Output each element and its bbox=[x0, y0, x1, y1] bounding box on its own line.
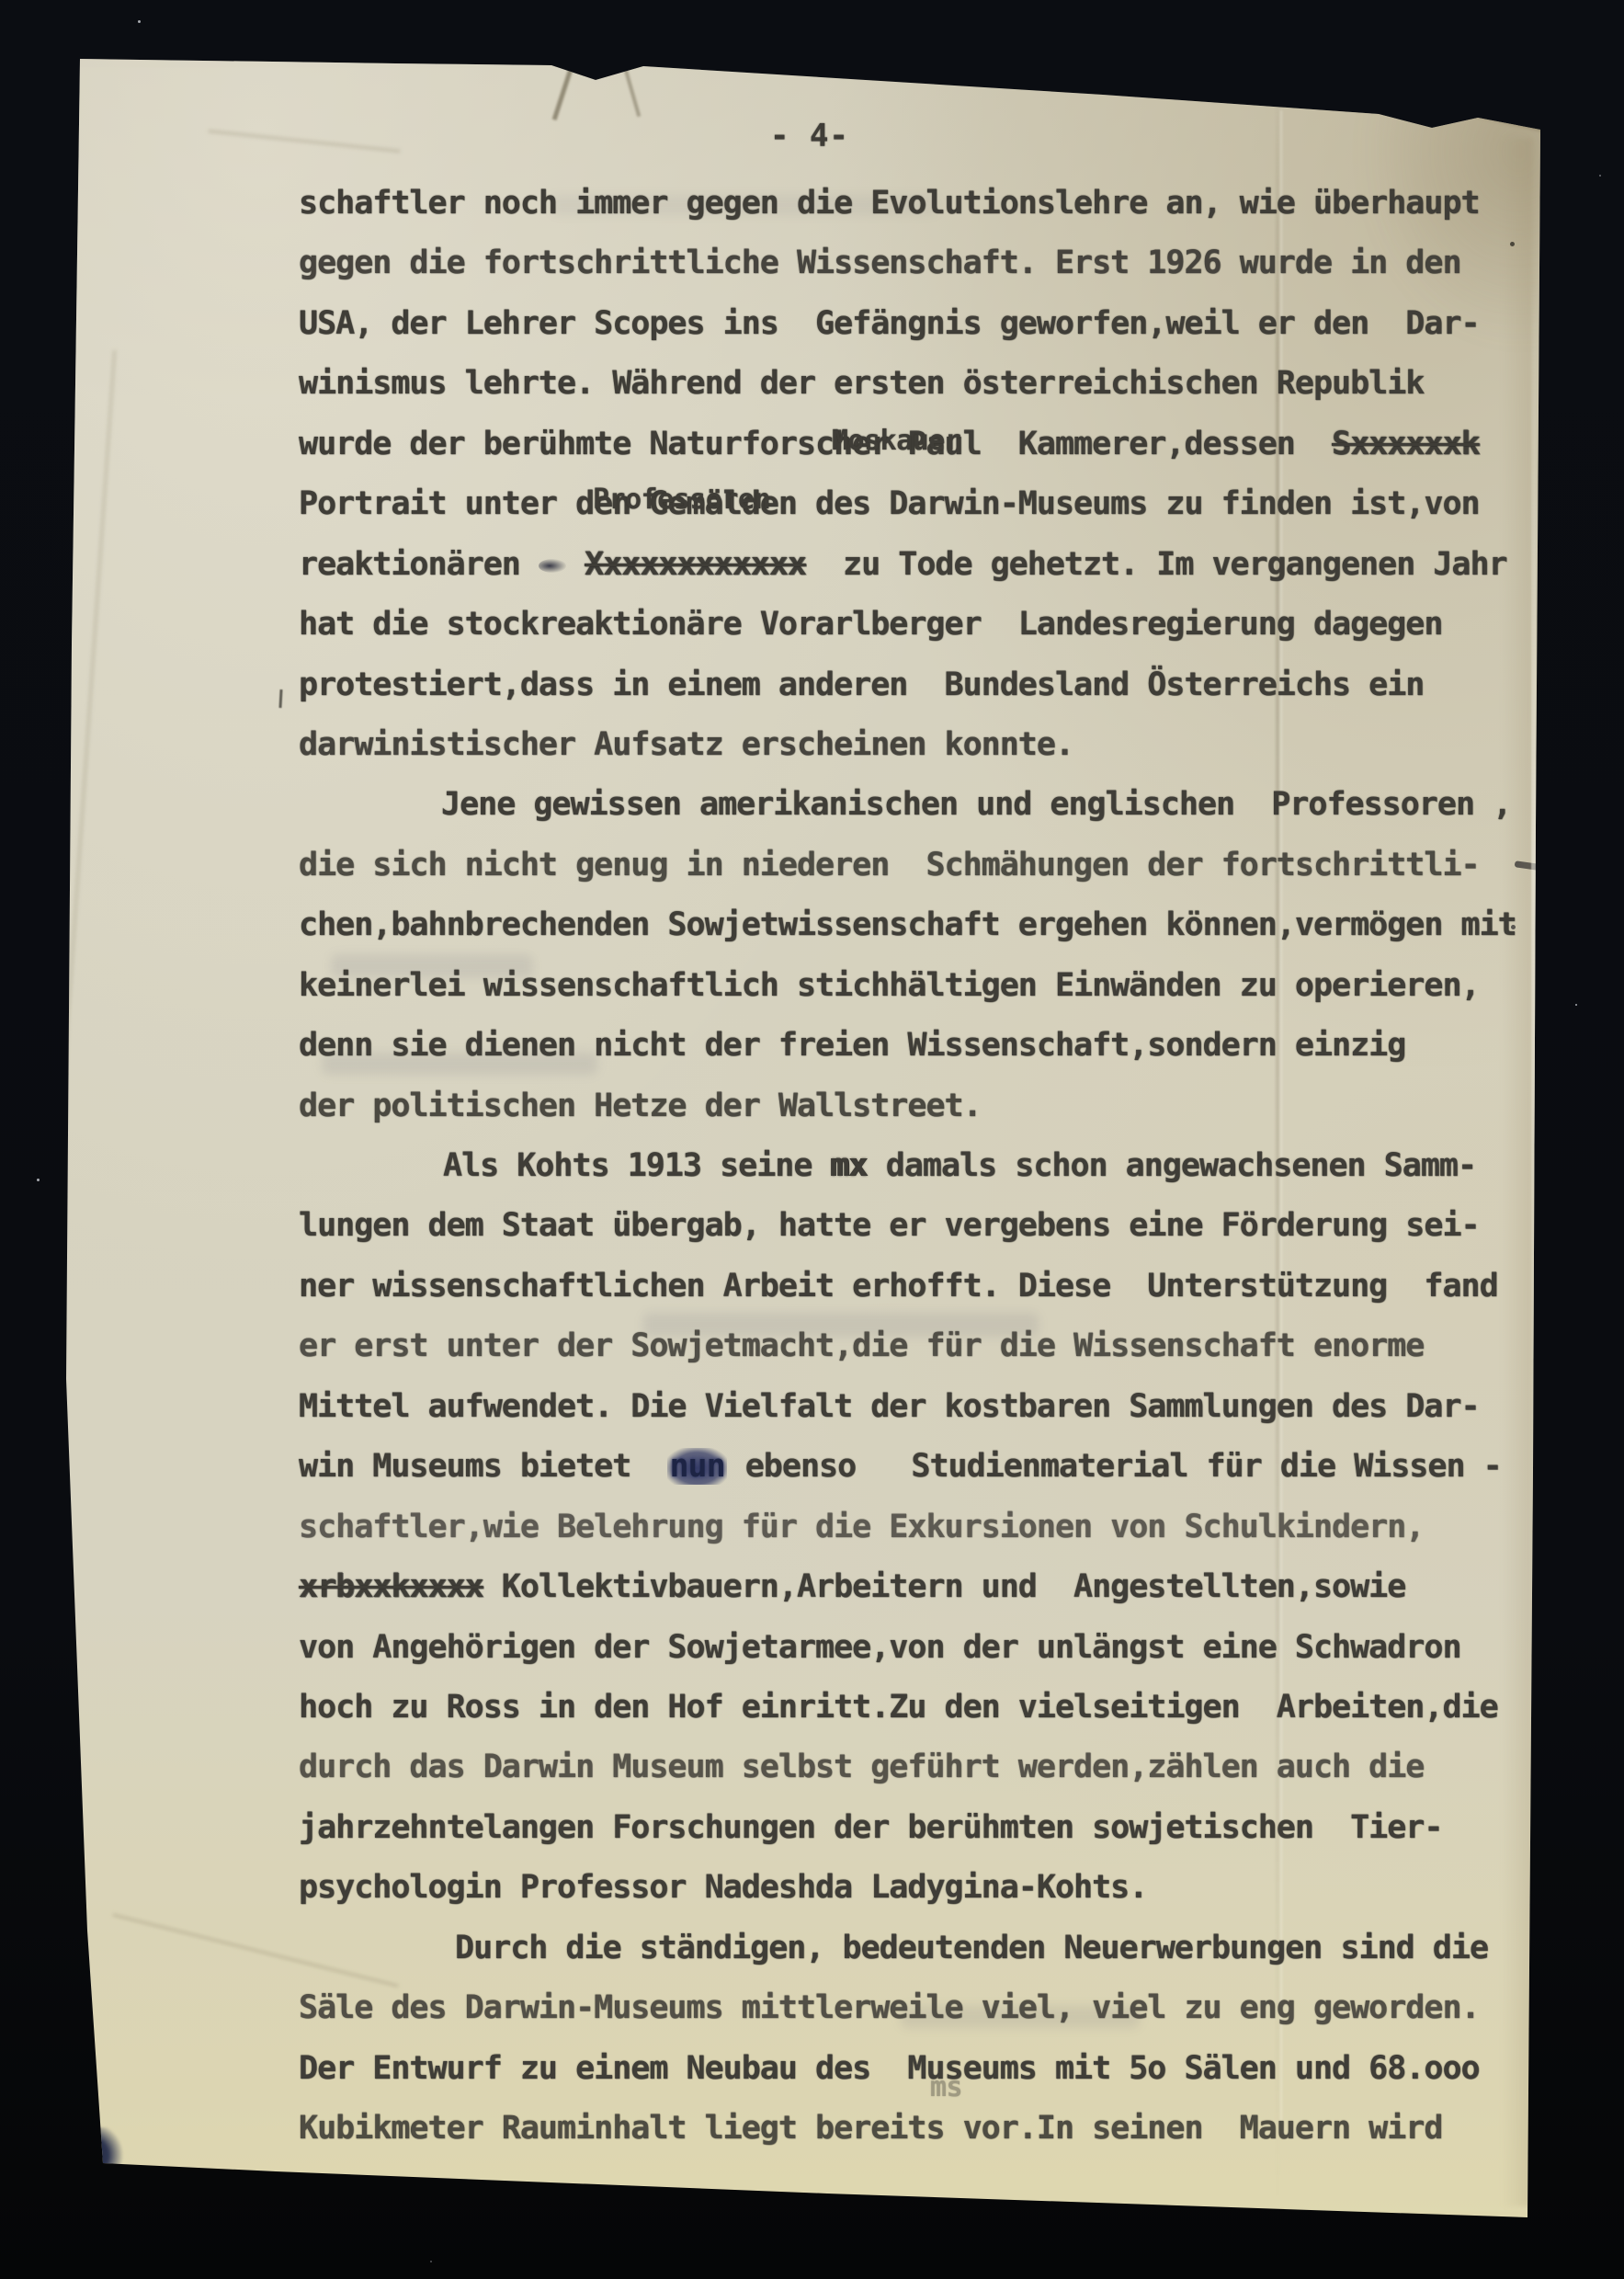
dust-speck bbox=[430, 2261, 432, 2262]
text-line: Portrait unter den Gemälden des Darwin-M… bbox=[299, 474, 1549, 534]
text-segment: schaftler,wie Belehrung für die Exkursio… bbox=[299, 1509, 1424, 1545]
text-line: USA, der Lehrer Scopes ins Gefängnis gew… bbox=[299, 294, 1549, 354]
text-segment: hat die stockreaktionäre Vorarlberger La… bbox=[299, 606, 1442, 643]
text-line: winismus lehrte. Während der ersten öste… bbox=[299, 354, 1549, 414]
text-segment: er erst unter der Sowjetmacht,die für di… bbox=[299, 1328, 1424, 1364]
text-line: xrbxxkxxxx Kollektivbauern,Arbeitern und… bbox=[299, 1557, 1549, 1617]
text-line: darwinistischer Aufsatz erscheinen konnt… bbox=[299, 715, 1549, 775]
text-segment: Als Kohts 1913 seine bbox=[443, 1147, 831, 1184]
text-segment: jahrzehntelangen Forschungen der berühmt… bbox=[299, 1809, 1442, 1846]
text-line: schaftler noch immer gegen die Evolution… bbox=[299, 174, 1549, 234]
text-line: Jene gewissen amerikanischen und englisc… bbox=[299, 775, 1549, 835]
inserted-word: Professoren bbox=[593, 484, 770, 516]
text-over: mx bbox=[831, 1147, 868, 1184]
text-segment: darwinistischer Aufsatz erscheinen konnt… bbox=[299, 726, 1073, 763]
text-segment: denn sie dienen nicht der freien Wissens… bbox=[299, 1027, 1405, 1064]
crease-line bbox=[63, 350, 116, 1065]
text-line: durch das Darwin Museum selbst geführt w… bbox=[299, 1738, 1549, 1797]
text-line: er erst unter der Sowjetmacht,die für di… bbox=[299, 1316, 1549, 1376]
document-content: schaftler noch immer gegen die Evolution… bbox=[299, 174, 1549, 2159]
text-line: ner wissenschaftlichen Arbeit erhofft. D… bbox=[299, 1257, 1549, 1316]
dust-speck bbox=[1575, 1004, 1577, 1006]
text-line: Mittel aufwendet. Die Vielfalt der kostb… bbox=[299, 1377, 1549, 1437]
text-line: protestiert,dass in einem anderen Bundes… bbox=[299, 655, 1549, 715]
text-segment: damals schon angewachsenen Samm- bbox=[868, 1147, 1476, 1184]
text-segment: wurde der berühmte Naturforscher Paul Ka… bbox=[299, 426, 1332, 462]
text-segment: zu Tode gehetzt. Im vergangenen Jahr bbox=[806, 546, 1507, 583]
text-line: keinerlei wissenschaftlich stichhältigen… bbox=[299, 956, 1549, 1016]
inserted-word: ms bbox=[930, 2071, 962, 2103]
text-line: Durch die ständigen, bedeutenden Neuerwe… bbox=[299, 1919, 1549, 1978]
text-segment bbox=[566, 546, 585, 583]
text-segment: winismus lehrte. Während der ersten öste… bbox=[299, 365, 1424, 402]
text-segment: Jene gewissen amerikanischen und englisc… bbox=[441, 786, 1511, 823]
text-strike: Xxxxxxxxxxxx bbox=[585, 546, 806, 583]
text-line: die sich nicht genug in niederen Schmähu… bbox=[299, 836, 1549, 895]
text-segment: schaftler noch immer gegen die Evolution… bbox=[299, 185, 1480, 222]
text-line: Als Kohts 1913 seine mx damals schon ang… bbox=[299, 1136, 1549, 1196]
text-line: Säle des Darwin-Museums mittlerweile vie… bbox=[299, 1978, 1549, 2038]
text-segment: Der Entwurf zu einem Neubau des Museums … bbox=[299, 2050, 1480, 2087]
text-segment: keinerlei wissenschaftlich stichhältigen… bbox=[299, 967, 1480, 1004]
overtype-mark bbox=[278, 689, 282, 708]
text-segment: Kollektivbauern,Arbeitern und Angestellt… bbox=[483, 1568, 1406, 1605]
text-segment: Portrait unter den Gemälden des Darwin-M… bbox=[299, 485, 1480, 522]
text-segment: win Museums bietet bbox=[299, 1448, 667, 1485]
text-strike: Sxxxxxxk bbox=[1332, 426, 1480, 462]
text-segment: die sich nicht genug in niederen Schmähu… bbox=[299, 847, 1480, 883]
text-line: von Angehörigen der Sowjetarmee,von der … bbox=[299, 1618, 1549, 1678]
text-blot: nun bbox=[667, 1448, 726, 1485]
paper-fold bbox=[552, 54, 578, 120]
text-segment: gegen die fortschrittliche Wissenschaft.… bbox=[299, 245, 1461, 281]
text-segment: der politischen Hetze der Wallstreet. bbox=[299, 1088, 982, 1124]
text-segment: von Angehörigen der Sowjetarmee,von der … bbox=[299, 1629, 1461, 1666]
text-segment: reaktionären bbox=[299, 546, 539, 583]
paper-fold bbox=[620, 56, 642, 117]
text-line: Der Entwurf zu einem Neubau des Museums … bbox=[299, 2039, 1549, 2099]
text-segment: durch das Darwin Museum selbst geführt w… bbox=[299, 1749, 1424, 1785]
text-line: Kubikmeter Rauminhalt liegt bereits vor.… bbox=[299, 2099, 1549, 2159]
ink-blot bbox=[75, 2127, 127, 2166]
text-strike: xrbxxkxxxx bbox=[299, 1568, 483, 1605]
text-segment: Säle des Darwin-Museums mittlerweile vie… bbox=[299, 1989, 1480, 2026]
crease-line bbox=[208, 130, 400, 153]
text-segment: hoch zu Ross in den Hof einritt.Zu den v… bbox=[299, 1689, 1498, 1726]
text-segment: chen,bahnbrechenden Sowjetwissenschaft e… bbox=[299, 906, 1516, 943]
text-segment: Durch die ständigen, bedeutenden Neuerwe… bbox=[455, 1930, 1488, 1966]
text-segment: psychologin Professor Nadeshda Ladygina-… bbox=[299, 1869, 1147, 1906]
dust-speck bbox=[37, 1179, 40, 1181]
dust-speck bbox=[1599, 175, 1601, 177]
text-segment: Kubikmeter Rauminhalt liegt bereits vor.… bbox=[299, 2110, 1442, 2147]
document-page: - 4- schaftler noch immer gegen die Evol… bbox=[0, 0, 1624, 2279]
text-line: win Museums bietet nun ebenso Studienmat… bbox=[299, 1437, 1549, 1497]
text-line: lungen dem Staat übergab, hatte er verge… bbox=[299, 1196, 1549, 1256]
text-line: psychologin Professor Nadeshda Ladygina-… bbox=[299, 1858, 1549, 1918]
text-segment: lungen dem Staat übergab, hatte er verge… bbox=[299, 1207, 1480, 1244]
text-line: jahrzehntelangen Forschungen der berühmt… bbox=[299, 1798, 1549, 1858]
text-line: chen,bahnbrechenden Sowjetwissenschaft e… bbox=[299, 895, 1549, 955]
text-segment: USA, der Lehrer Scopes ins Gefängnis gew… bbox=[299, 305, 1480, 342]
text-segment: Mittel aufwendet. Die Vielfalt der kostb… bbox=[299, 1388, 1480, 1425]
text-line: hat die stockreaktionäre Vorarlberger La… bbox=[299, 595, 1549, 655]
text-segment: ner wissenschaftlichen Arbeit erhofft. D… bbox=[299, 1268, 1498, 1305]
text-line: reaktionären Xxxxxxxxxxxx zu Tode gehetz… bbox=[299, 535, 1549, 595]
scan-background: { "colors": { "background": "#0b0d12", "… bbox=[0, 0, 1624, 2279]
inserted-word: Moskauer bbox=[832, 425, 961, 457]
dust-speck bbox=[138, 20, 141, 23]
text-line: denn sie dienen nicht der freien Wissens… bbox=[299, 1016, 1549, 1076]
text-segment: protestiert,dass in einem anderen Bundes… bbox=[299, 667, 1424, 703]
text-smear bbox=[539, 559, 566, 573]
text-line: hoch zu Ross in den Hof einritt.Zu den v… bbox=[299, 1678, 1549, 1738]
text-line: schaftler,wie Belehrung für die Exkursio… bbox=[299, 1498, 1549, 1557]
text-line: gegen die fortschrittliche Wissenschaft.… bbox=[299, 234, 1549, 293]
page-number: - 4- bbox=[770, 118, 849, 154]
text-line: der politischen Hetze der Wallstreet. bbox=[299, 1077, 1549, 1136]
text-segment: ebenso Studienmaterial für die Wissen - bbox=[727, 1448, 1502, 1485]
